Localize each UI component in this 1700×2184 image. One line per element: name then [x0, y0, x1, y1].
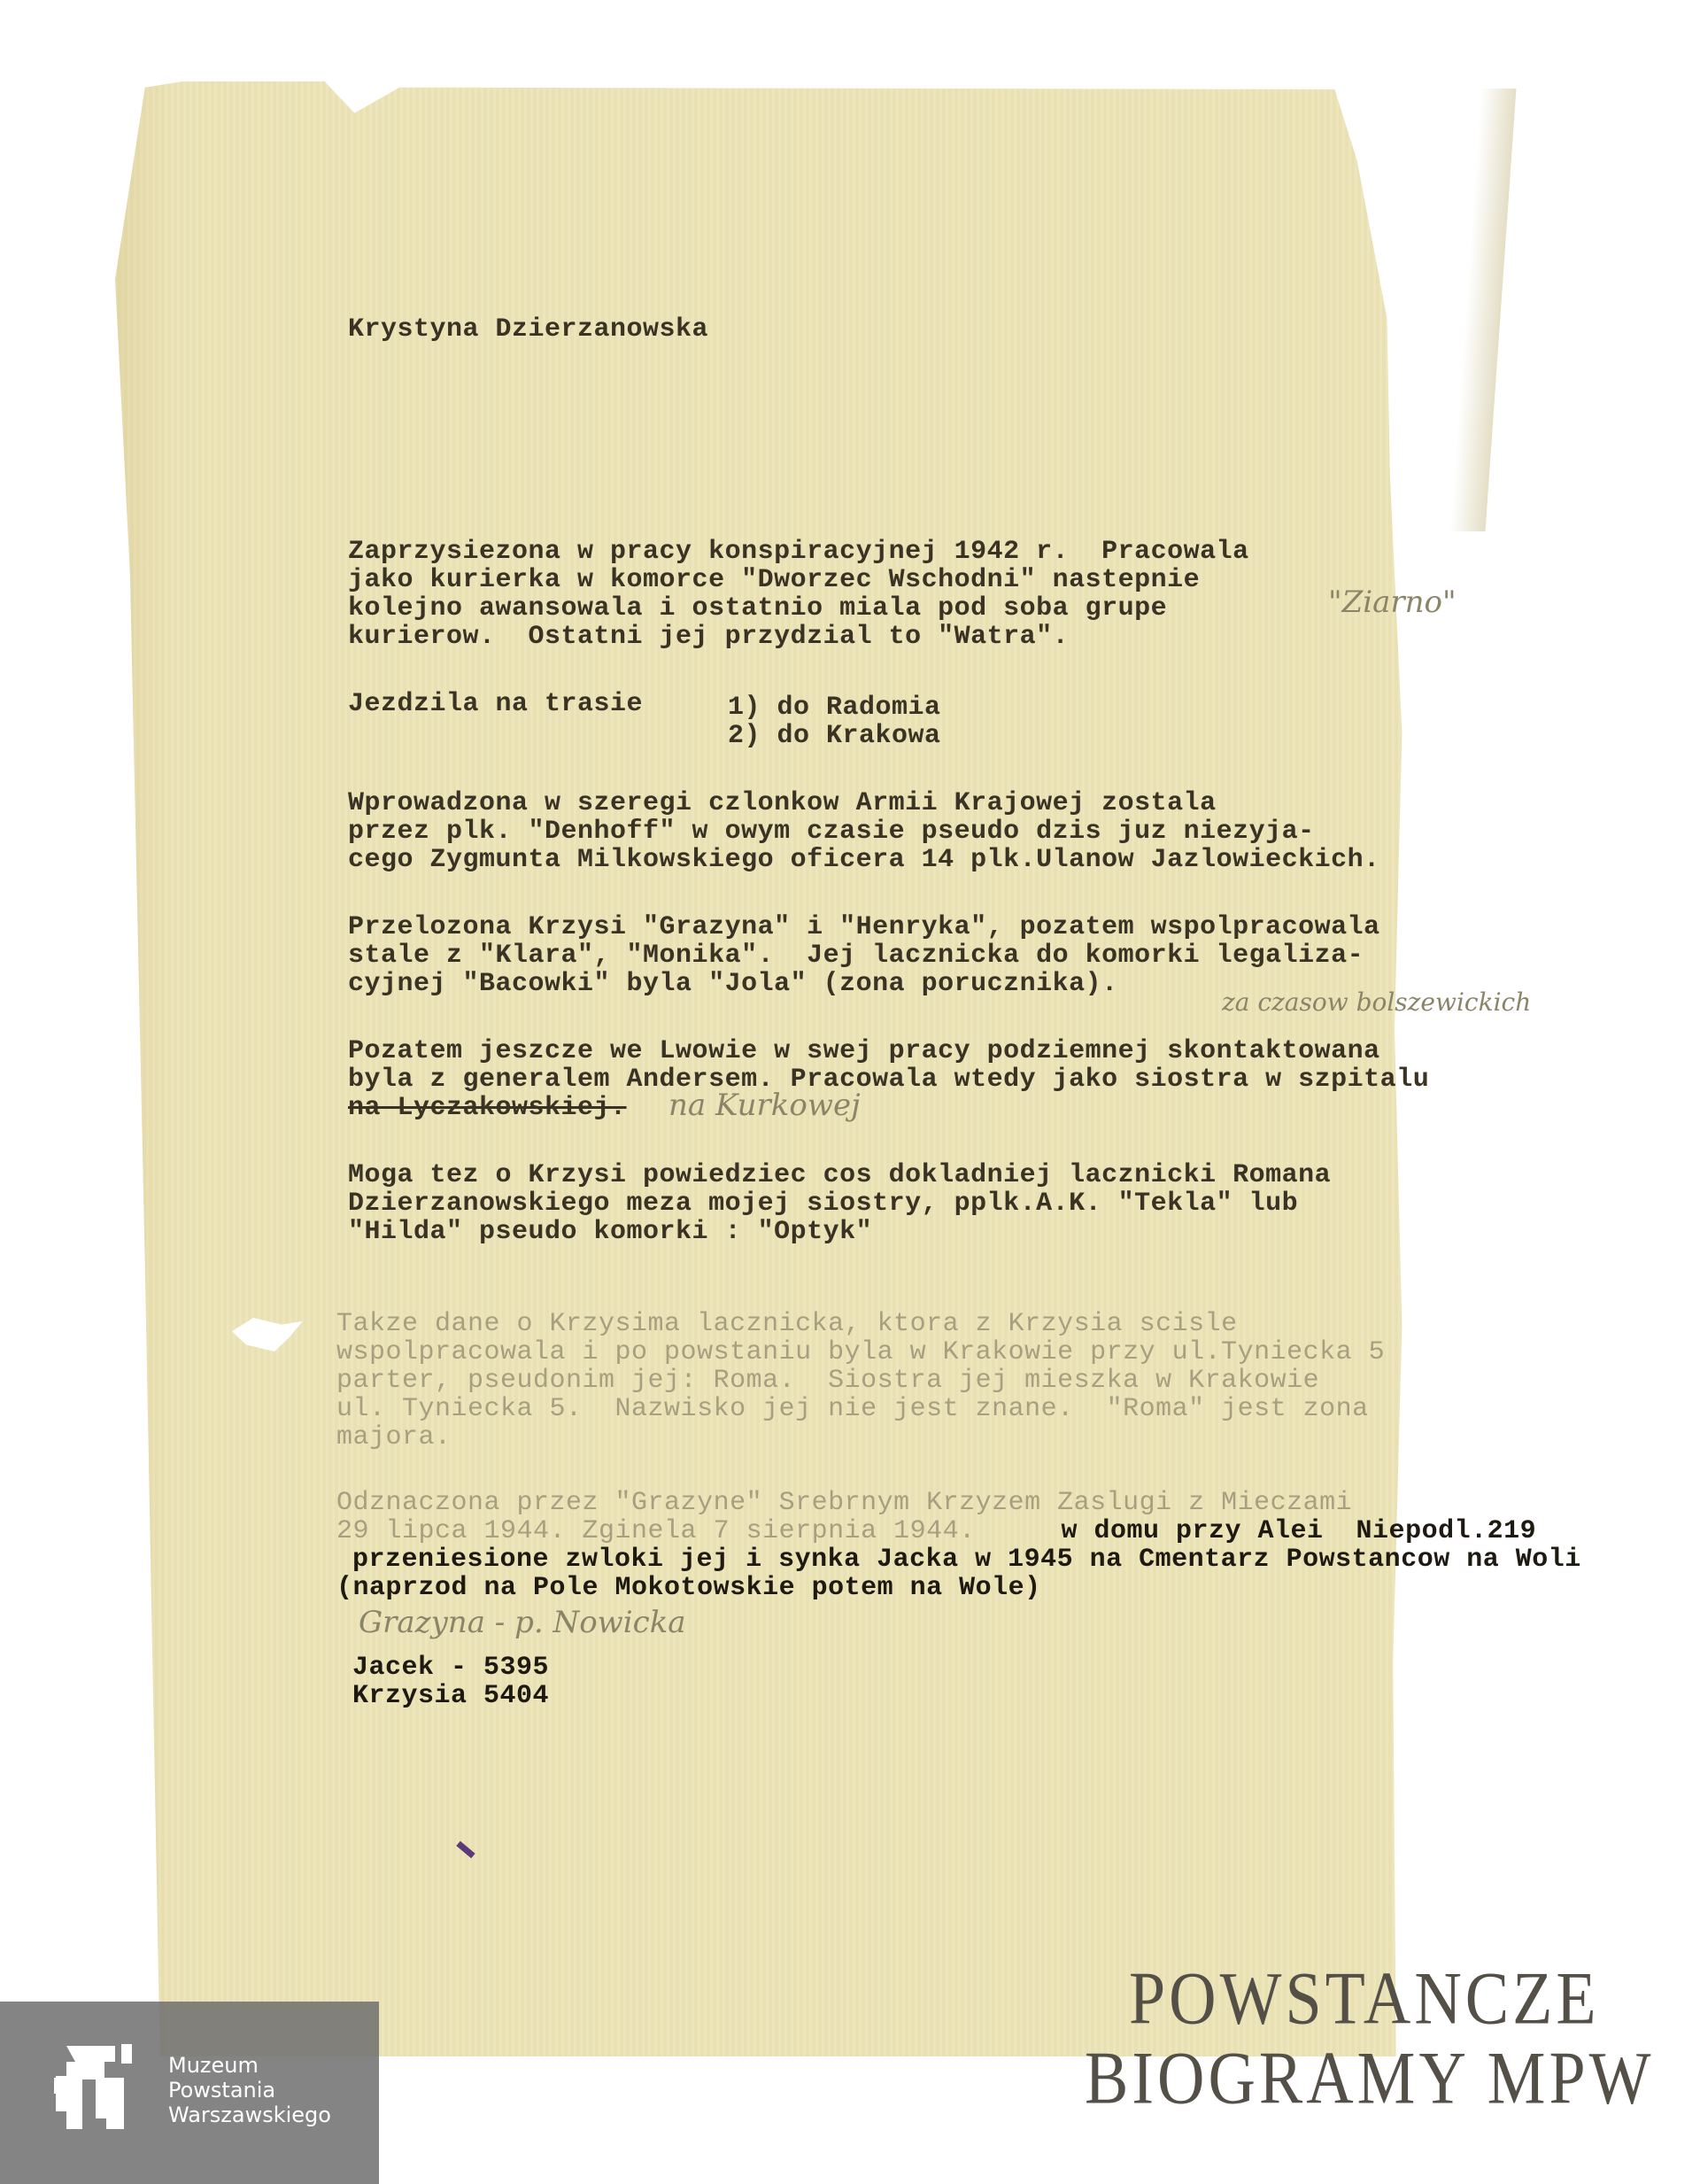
text-line: Przelozona Krzysi "Grazyna" i "Henryka",… — [348, 912, 1380, 942]
routes-label: Jezdzila na trasie — [348, 689, 643, 719]
anchor-kotwica-icon — [49, 2037, 146, 2143]
watermark-line-2: BIOGRAMY MPW — [1085, 2036, 1654, 2123]
text-line: "Hilda" pseudo komorki : "Optyk" — [348, 1217, 872, 1247]
text-line: Pozatem jeszcze we Lwowie w swej pracy p… — [348, 1036, 1380, 1066]
text-line: (naprzod na Pole Mokotowskie potem na Wo… — [336, 1573, 1041, 1603]
text-line: przeniesione zwloki jej i synka Jacka w … — [352, 1545, 1581, 1575]
text-line: Takze dane o Krzysima lacznicka, ktora z… — [336, 1309, 1238, 1339]
museum-name-line: Powstania — [168, 2078, 331, 2103]
museum-name-line: Muzeum — [168, 2053, 331, 2078]
text-line: wspolpracowala i po powstaniu byla w Kra… — [336, 1337, 1385, 1367]
id-jacek: Jacek - 5395 — [352, 1653, 549, 1683]
text-line: 29 lipca 1944. Zginela 7 sierpnia 1944. — [336, 1516, 976, 1546]
text-line: przez plk. "Denhoff" w owym czasie pseud… — [348, 817, 1315, 847]
text-line: Moga tez o Krzysi powiedziec cos dokladn… — [348, 1160, 1331, 1190]
document-title: Krystyna Dzierzanowska — [348, 314, 708, 345]
text-line: Odznaczona przez "Grazyne" Srebrnym Krzy… — [336, 1488, 1352, 1518]
text-line: stale z "Klara", "Monika". Jej lacznicka… — [348, 941, 1364, 971]
text-line-struck: na Lyczakowskiej. — [348, 1093, 627, 1123]
id-krzysia: Krzysia 5404 — [352, 1681, 549, 1711]
text-line: Wprowadzona w szeregi czlonkow Armii Kra… — [348, 788, 1217, 818]
text-line: Zaprzysiezona w pracy konspiracyjnej 194… — [348, 537, 1249, 567]
text-line: Dzierzanowskiego meza mojej siostry, ppl… — [348, 1189, 1298, 1219]
text-line: kurierow. Ostatni jej przydzial to "Watr… — [348, 622, 1069, 652]
text-line: parter, pseudonim jej: Roma. Siostra jej… — [336, 1366, 1319, 1396]
text-line: majora. — [336, 1422, 452, 1452]
handwritten-ziarno: "Ziarno" — [1328, 585, 1457, 620]
route-item: 1) do Radomia — [728, 693, 941, 723]
handwritten-bolszewikow: za czasow bolszewickich — [1222, 987, 1531, 1017]
handwritten-grazyna: Grazyna - p. Nowicka — [359, 1605, 686, 1640]
handwritten-kurkowej: na Kurkowej — [668, 1088, 861, 1123]
text-line: jako kurierka w komorce "Dworzec Wschodn… — [348, 565, 1200, 595]
text-line: ul. Tyniecka 5. Nazwisko jej nie jest zn… — [336, 1394, 1369, 1424]
museum-name: Muzeum Powstania Warszawskiego — [168, 2053, 331, 2127]
text-line: kolejno awansowala i ostatnio miala pod … — [348, 593, 1167, 623]
route-item: 2) do Krakowa — [728, 721, 941, 751]
paper-fold — [1450, 89, 1517, 531]
text-line: w domu przy Alei Niepodl.219 — [1045, 1516, 1536, 1546]
museum-name-line: Warszawskiego — [168, 2103, 331, 2127]
watermark-line-1: POWSTANCZE — [1129, 1956, 1600, 2043]
text-line: cego Zygmunta Milkowskiego oficera 14 pl… — [348, 845, 1380, 875]
text-line: cyjnej "Bacowki" byla "Jola" (zona poruc… — [348, 969, 1118, 999]
text-line: byla z generalem Andersem. Pracowala wte… — [348, 1065, 1429, 1095]
